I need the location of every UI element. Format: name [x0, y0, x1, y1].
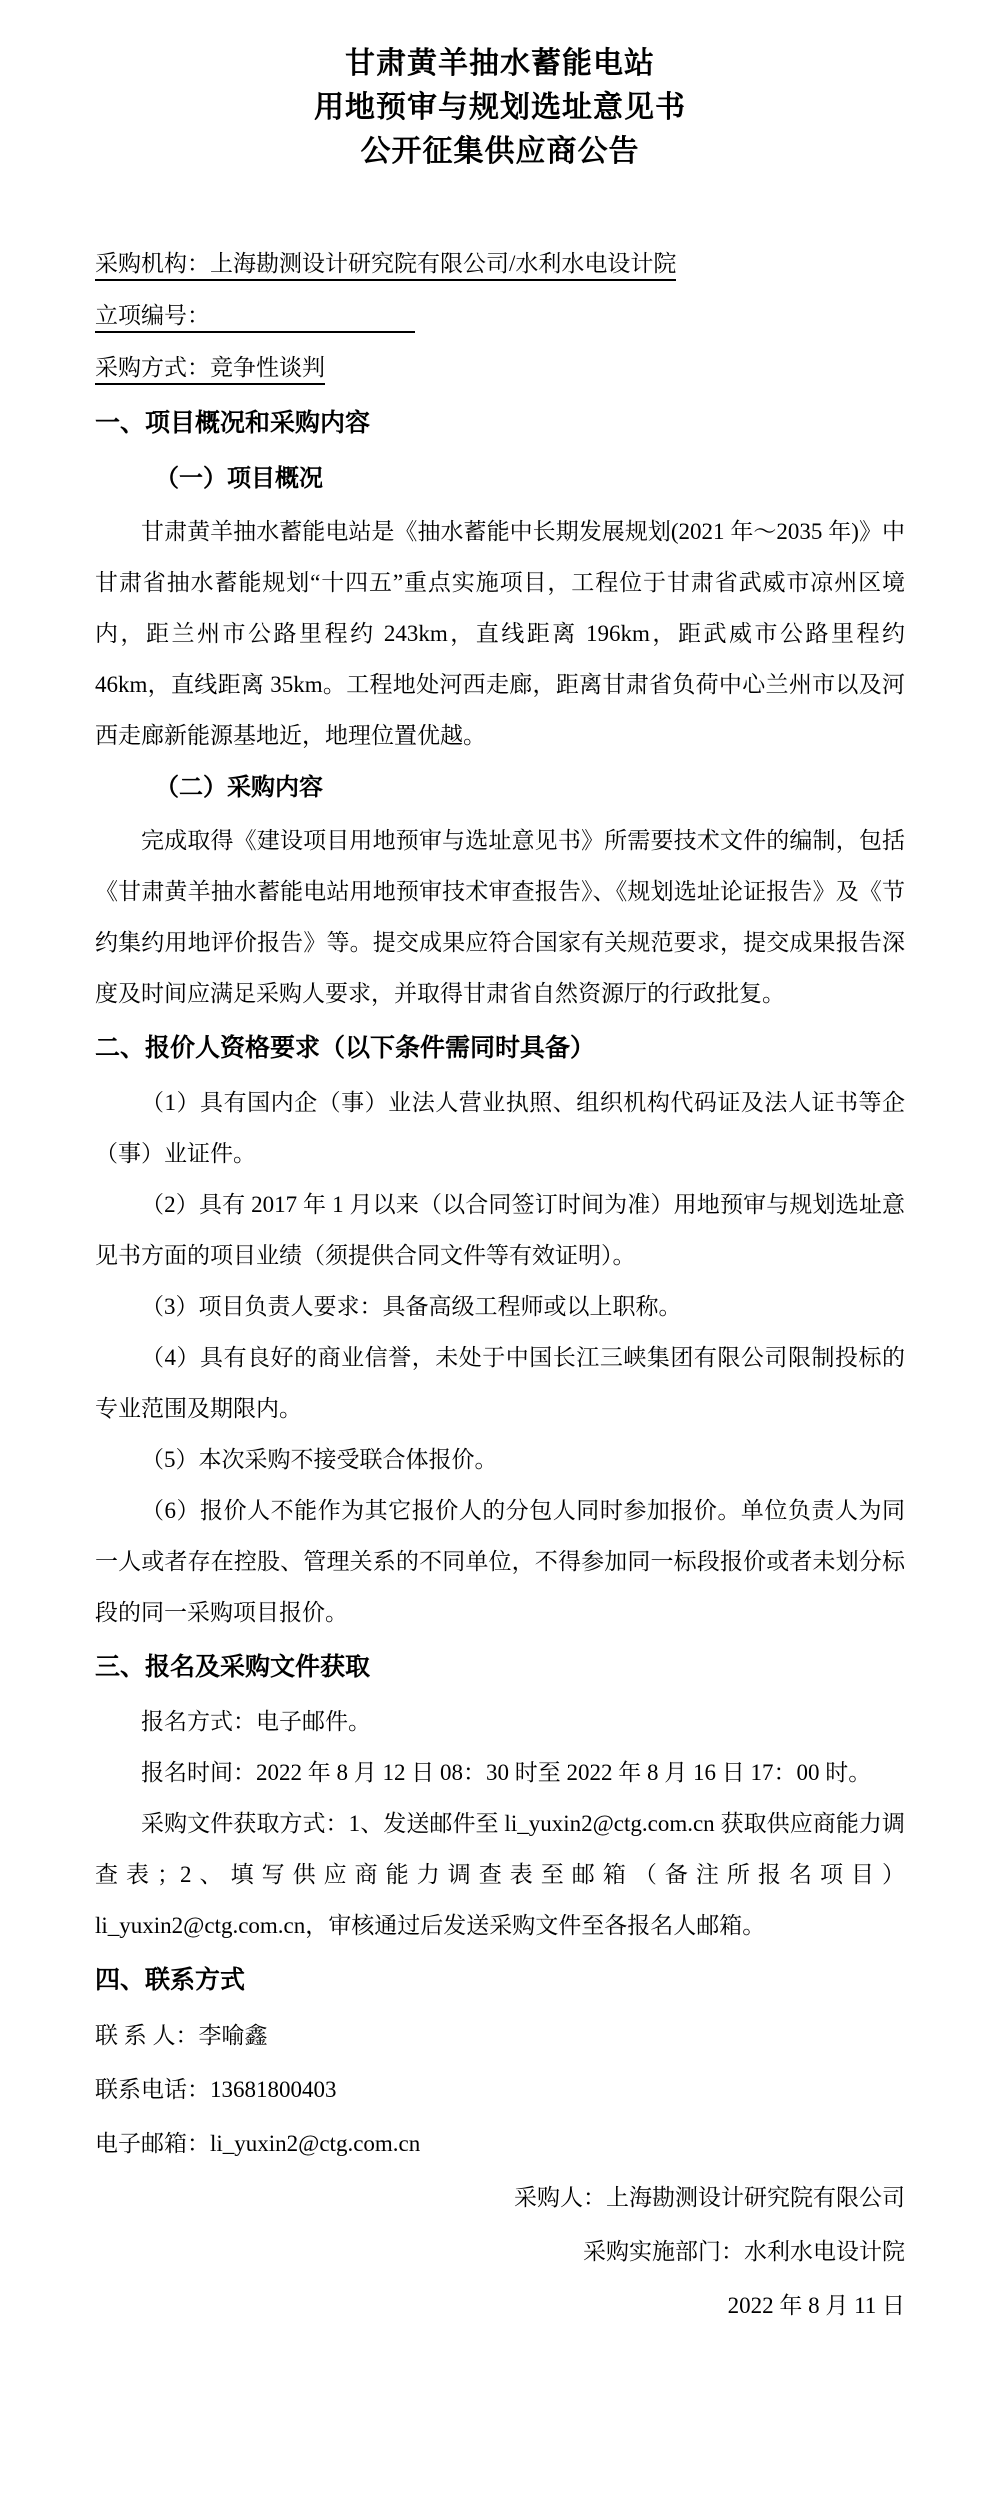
announcement-document: 甘肃黄羊抽水蓄能电站 用地预审与规划选址意见书 公开征集供应商公告 采购机构：上…	[0, 0, 1000, 2507]
procurement-content-paragraph: 完成取得《建设项目用地预审与选址意见书》所需要技术文件的编制，包括《甘肃黄羊抽水…	[95, 815, 905, 1019]
procurement-agency-value: 上海勘测设计研究院有限公司/水利水电设计院	[210, 251, 676, 276]
contact-phone-row: 联系电话：13681800403	[95, 2063, 905, 2117]
project-number-field: 立项编号：	[95, 290, 905, 342]
section4-heading: 四、联系方式	[95, 1953, 905, 2007]
document-title-line3: 公开征集供应商公告	[95, 130, 905, 174]
section2-heading: 二、报价人资格要求（以下条件需同时具备）	[95, 1021, 905, 1075]
document-title-line2: 用地预审与规划选址意见书	[95, 86, 905, 130]
contact-person-row: 联 系 人：李喻鑫	[95, 2009, 905, 2063]
contact-phone-value: 13681800403	[210, 2077, 337, 2102]
contact-person-value: 李喻鑫	[199, 2023, 268, 2048]
registration-method-paragraph: 报名方式：电子邮件。	[95, 1696, 905, 1747]
qualification-item-3: （3）项目负责人要求：具备高级工程师或以上职称。	[95, 1281, 905, 1332]
contact-email-row: 电子邮箱：li_yuxin2@ctg.com.cn	[95, 2117, 905, 2171]
section1-sub2-heading: （二）采购内容	[95, 761, 905, 815]
section1-heading: 一、项目概况和采购内容	[95, 396, 905, 450]
procurement-agency-underline: 采购机构：上海勘测设计研究院有限公司/水利水电设计院	[95, 249, 676, 281]
qualification-item-6: （6）报价人不能作为其它报价人的分包人同时参加报价。单位负责人为同一人或者存在控…	[95, 1485, 905, 1638]
qualification-item-2: （2）具有 2017 年 1 月以来（以合同签订时间为准）用地预审与规划选址意见…	[95, 1179, 905, 1281]
procurement-method-underline: 采购方式：竞争性谈判	[95, 353, 325, 385]
procurement-agency-label: 采购机构：	[95, 251, 210, 276]
project-overview-paragraph: 甘肃黄羊抽水蓄能电站是《抽水蓄能中长期发展规划(2021 年～2035 年)》中…	[95, 506, 905, 761]
date-line: 2022 年 8 月 11 日	[95, 2279, 905, 2333]
qualification-item-5: （5）本次采购不接受联合体报价。	[95, 1434, 905, 1485]
procurement-method-field: 采购方式：竞争性谈判	[95, 342, 905, 394]
procurement-agency-field: 采购机构：上海勘测设计研究院有限公司/水利水电设计院	[95, 238, 905, 290]
section1-sub1-heading: （一）项目概况	[95, 452, 905, 506]
department-line: 采购实施部门：水利水电设计院	[95, 2225, 905, 2279]
project-number-blank	[210, 322, 415, 323]
contact-phone-label: 联系电话：	[95, 2077, 210, 2102]
document-acquisition-paragraph: 采购文件获取方式：1、发送邮件至 li_yuxin2@ctg.com.cn 获取…	[95, 1798, 905, 1951]
registration-time-paragraph: 报名时间：2022 年 8 月 12 日 08：30 时至 2022 年 8 月…	[95, 1747, 905, 1798]
procurement-method-value: 竞争性谈判	[210, 355, 325, 380]
project-number-underline: 立项编号：	[95, 301, 415, 333]
purchaser-line: 采购人：上海勘测设计研究院有限公司	[95, 2171, 905, 2225]
contact-email-label: 电子邮箱：	[95, 2131, 210, 2156]
project-number-label: 立项编号：	[95, 303, 210, 328]
section3-heading: 三、报名及采购文件获取	[95, 1640, 905, 1694]
contact-person-label: 联 系 人：	[95, 2023, 199, 2048]
procurement-method-label: 采购方式：	[95, 355, 210, 380]
qualification-item-4: （4）具有良好的商业信誉，未处于中国长江三峡集团有限公司限制投标的专业范围及期限…	[95, 1332, 905, 1434]
contact-email-value: li_yuxin2@ctg.com.cn	[210, 2131, 420, 2156]
document-title: 甘肃黄羊抽水蓄能电站 用地预审与规划选址意见书 公开征集供应商公告	[95, 42, 905, 174]
document-title-line1: 甘肃黄羊抽水蓄能电站	[95, 42, 905, 86]
qualification-item-1: （1）具有国内企（事）业法人营业执照、组织机构代码证及法人证书等企（事）业证件。	[95, 1077, 905, 1179]
